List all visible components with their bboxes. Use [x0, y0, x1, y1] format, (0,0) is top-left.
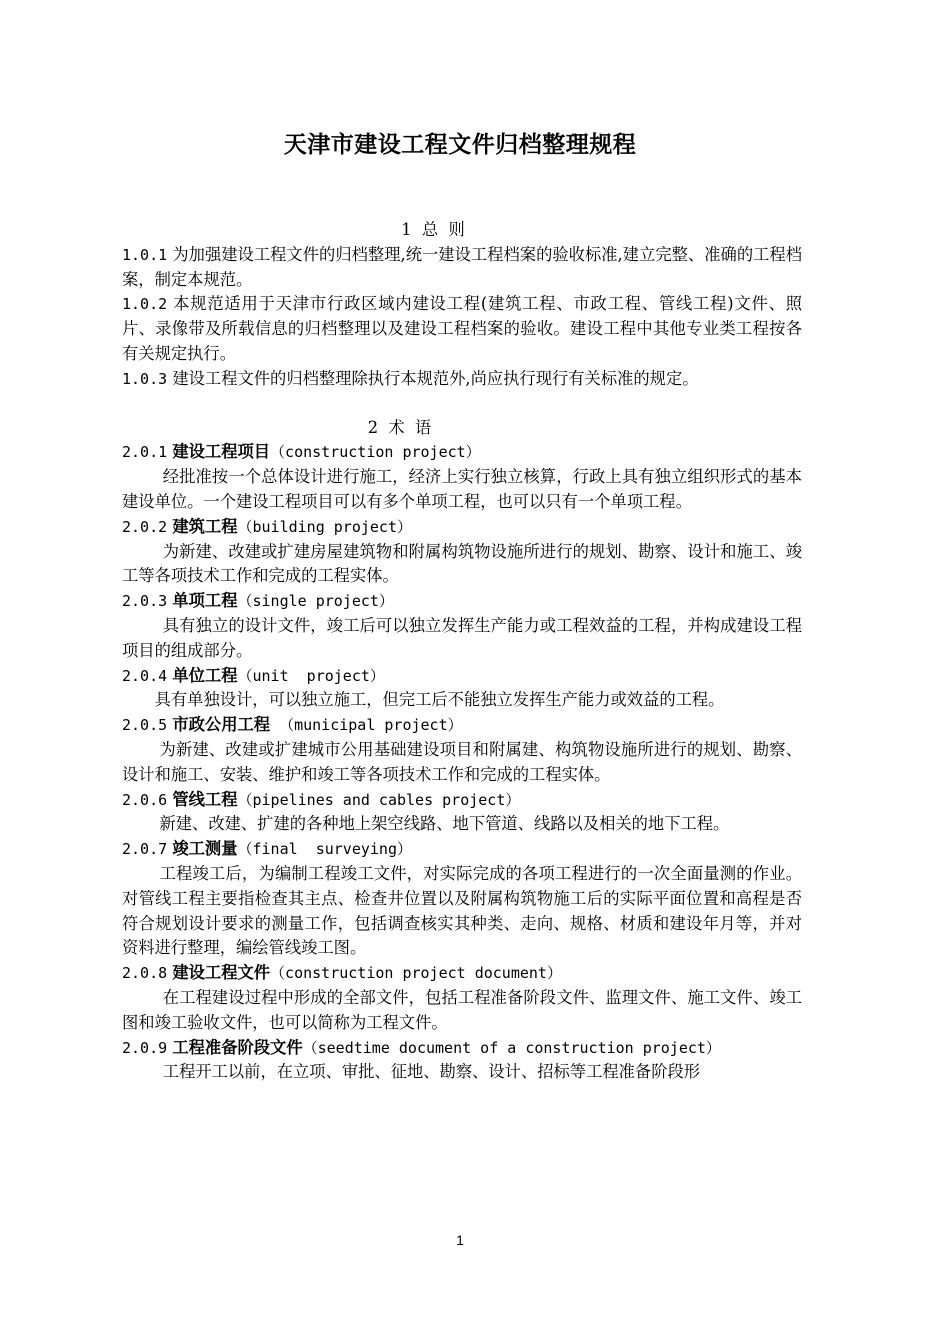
clause-text: 为加强建设工程文件的归档整理,统一建设工程档案的验收标准,建立完整、准确的工程档…	[122, 245, 802, 289]
term-heading: 2.0.7 竣工测量（final surveying）	[122, 837, 802, 862]
term-name: 工程准备阶段文件	[172, 1038, 302, 1057]
term-2-0-8: 2.0.8 建设工程文件（construction project docume…	[122, 961, 802, 1035]
page-number: 1	[0, 1232, 920, 1248]
term-2-0-6: 2.0.6 管线工程（pipelines and cables project）…	[122, 788, 802, 838]
document-title: 天津市建设工程文件归档整理规程	[0, 126, 920, 159]
term-name: 竣工测量	[172, 839, 237, 858]
term-2-0-5: 2.0.5 市政公用工程 （municipal project） 为新建、改建或…	[122, 713, 802, 787]
term-heading: 2.0.1 建设工程项目（construction project）	[122, 440, 802, 465]
term-heading: 2.0.2 建筑工程（building project）	[122, 515, 802, 540]
term-2-0-1: 2.0.1 建设工程项目（construction project） 经批准按一…	[122, 440, 802, 514]
term-name: 建设工程文件	[172, 963, 270, 982]
term-english: （unit project）	[237, 667, 384, 685]
term-english: （building project）	[237, 518, 412, 536]
clause-number: 1.0.2	[122, 295, 167, 313]
term-english: （pipelines and cables project）	[237, 791, 520, 809]
term-definition: 为新建、改建或扩建城市公用基础建设项目和附属建、构筑物设施所进行的规划、勘察、设…	[122, 738, 802, 788]
term-2-0-3: 2.0.3 单项工程（single project） 具有独立的设计文件，竣工后…	[122, 589, 802, 663]
term-english: （construction project）	[270, 443, 481, 461]
term-number: 2.0.6	[122, 791, 167, 809]
term-name: 市政公用工程	[172, 715, 270, 734]
term-number: 2.0.2	[122, 518, 167, 536]
term-definition: 工程竣工后，为编制工程竣工文件，对实际完成的各项工程进行的一次全面量测的作业。对…	[122, 862, 802, 961]
term-name: 单项工程	[172, 591, 237, 610]
clause-text: 本规范适用于天津市行政区域内建设工程(建筑工程、市政工程、管线工程)文件、照片、…	[122, 294, 802, 363]
clause-1-0-2: 1.0.2 本规范适用于天津市行政区域内建设工程(建筑工程、市政工程、管线工程)…	[122, 292, 802, 366]
term-definition: 经批准按一个总体设计进行施工，经济上实行独立核算，行政上具有独立组织形式的基本建…	[122, 465, 802, 515]
term-name: 建筑工程	[172, 517, 237, 536]
term-english: （municipal project）	[270, 716, 463, 734]
term-number: 2.0.9	[122, 1039, 167, 1057]
term-2-0-2: 2.0.2 建筑工程（building project） 为新建、改建或扩建房屋…	[122, 515, 802, 589]
term-name: 管线工程	[172, 790, 237, 809]
term-heading: 2.0.3 单项工程（single project）	[122, 589, 802, 614]
term-heading: 2.0.9 工程准备阶段文件（seedtime document of a co…	[122, 1036, 802, 1061]
term-english: （seedtime document of a construction pro…	[303, 1039, 721, 1057]
clause-number: 1.0.1	[122, 246, 167, 264]
term-english: （single project）	[237, 592, 393, 610]
term-name: 建设工程项目	[172, 442, 270, 461]
term-2-0-4: 2.0.4 单位工程（unit project） 具有单独设计，可以独立施工，但…	[122, 664, 802, 714]
term-heading: 2.0.5 市政公用工程 （municipal project）	[122, 713, 802, 738]
chapter-heading-1: 1 总 则	[122, 218, 802, 243]
term-definition: 新建、改建、扩建的各种地上架空线路、地下管道、线路以及相关的地下工程。	[122, 812, 802, 837]
term-heading: 2.0.4 单位工程（unit project）	[122, 664, 802, 689]
term-english: （final surveying）	[237, 840, 412, 858]
term-definition: 具有单独设计，可以独立施工，但完工后不能独立发挥生产能力或效益的工程。	[122, 688, 802, 713]
term-2-0-9: 2.0.9 工程准备阶段文件（seedtime document of a co…	[122, 1036, 802, 1086]
term-definition: 具有独立的设计文件，竣工后可以独立发挥生产能力或工程效益的工程，并构成建设工程项…	[122, 614, 802, 664]
term-2-0-7: 2.0.7 竣工测量（final surveying） 工程竣工后，为编制工程竣…	[122, 837, 802, 961]
clause-1-0-3: 1.0.3 建设工程文件的归档整理除执行本规范外,尚应执行现行有关标准的规定。	[122, 367, 802, 392]
document-page: 天津市建设工程文件归档整理规程 1 总 则 1.0.1 为加强建设工程文件的归档…	[0, 0, 950, 1344]
term-number: 2.0.8	[122, 964, 167, 982]
term-number: 2.0.1	[122, 443, 167, 461]
term-number: 2.0.7	[122, 840, 167, 858]
clause-1-0-1: 1.0.1 为加强建设工程文件的归档整理,统一建设工程档案的验收标准,建立完整、…	[122, 243, 802, 293]
clause-text: 建设工程文件的归档整理除执行本规范外,尚应执行现行有关标准的规定。	[172, 369, 698, 388]
document-body: 1 总 则 1.0.1 为加强建设工程文件的归档整理,统一建设工程档案的验收标准…	[122, 218, 802, 1085]
term-definition: 为新建、改建或扩建房屋建筑物和附属构筑物设施所进行的规划、勘察、设计和施工、竣工…	[122, 540, 802, 590]
term-number: 2.0.3	[122, 592, 167, 610]
term-name: 单位工程	[172, 666, 237, 685]
term-definition: 在工程建设过程中形成的全部文件，包括工程准备阶段文件、监理文件、施工文件、竣工图…	[122, 986, 802, 1036]
term-number: 2.0.5	[122, 716, 167, 734]
term-definition: 工程开工以前，在立项、审批、征地、勘察、设计、招标等工程准备阶段形	[122, 1060, 802, 1085]
clause-number: 1.0.3	[122, 370, 167, 388]
term-heading: 2.0.6 管线工程（pipelines and cables project）	[122, 788, 802, 813]
term-english: （construction project document）	[270, 964, 562, 982]
term-number: 2.0.4	[122, 667, 167, 685]
term-heading: 2.0.8 建设工程文件（construction project docume…	[122, 961, 802, 986]
chapter-heading-2: 2 术 语	[122, 416, 802, 441]
